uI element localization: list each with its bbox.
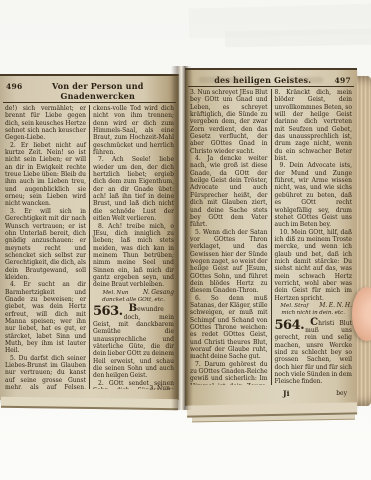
text-column: 8. Kränckt dich, mein blöder Geist, dein… xyxy=(272,89,356,385)
paragraph: 8. Ach! treibe mich, o JEsu, dich innigl… xyxy=(93,223,174,289)
paragraph: 7. Darum gehörest du zu GOttes Gnaden-Re… xyxy=(190,361,268,385)
paragraph: 5. Du darfst dich seiner Liebes-Brunst i… xyxy=(5,355,86,389)
background-paper-edge xyxy=(225,29,371,48)
paragraph: ckens-volle Tod wird dich nicht von ihm … xyxy=(93,105,174,156)
attribution: N. Gesang xyxy=(138,289,174,296)
drop-initial: B xyxy=(129,303,137,314)
left-running-title: Von der Person und Gnadenwercken xyxy=(23,81,173,101)
left-page-header: 496 Von der Person und Gnadenwercken xyxy=(3,76,176,103)
paragraph: de!) sich vermählet; er brennt für Liebe… xyxy=(5,105,86,142)
right-page-number: 497 xyxy=(334,76,351,85)
paragraph: 9. Dein Advocate ists, der Mund und Zung… xyxy=(275,162,353,228)
paragraph: 4. Ja dencke weiter nach, wie groß ist d… xyxy=(190,155,268,228)
right-page-columns: 3. Nun schreyet JEsu Blut bey GOtt um Gn… xyxy=(185,87,357,385)
book-gutter-shadow xyxy=(171,66,192,410)
paragraph: 10. Mein GOtt, hilf, daß ich diß zu mein… xyxy=(275,229,353,302)
paragraph: 6. So denn muß Satanas, der Kläger, stil… xyxy=(190,295,268,361)
paragraph: 3. Er will sich in Gerechtigkeit mit dir… xyxy=(5,208,86,281)
left-page: 496 Von der Person und Gnadenwercken de!… xyxy=(0,74,179,400)
paragraph: 5. Wenn dich der Satan vor GOttes Thron … xyxy=(190,229,268,295)
ink-bleed xyxy=(199,77,243,83)
text-column: de!) sich vermählet; er brennt für Liebe… xyxy=(2,105,90,389)
paragraph: 7. Ach Seele! liebe wieder um den, der d… xyxy=(93,156,174,222)
book-fore-edge xyxy=(357,76,371,406)
left-page-number: 496 xyxy=(6,82,23,91)
paragraph: 2. Er liebet nicht auf kurtze Zeit. Nein… xyxy=(5,142,86,208)
attribution: M. E. N. H. xyxy=(314,302,352,309)
paragraph: 563.Bewundre doch, mein Geist, mit danck… xyxy=(93,305,174,379)
right-page: des heiligen Geistes. 497 3. Nun schreye… xyxy=(185,68,357,406)
photo-of-open-book: 496 Von der Person und Gnadenwercken de!… xyxy=(0,0,371,480)
hymn-number: 564. xyxy=(275,320,305,331)
signature-mark: Ji xyxy=(283,389,289,398)
text-column: 3. Nun schreyet JEsu Blut bey GOtt um Gn… xyxy=(187,89,272,385)
paragraph: 3. Nun schreyet JEsu Blut bey GOtt um Gn… xyxy=(190,89,268,155)
left-page-columns: de!) sich vermählet; er brennt für Liebe… xyxy=(0,103,179,389)
text-column: ckens-volle Tod wird dich nicht von ihm … xyxy=(90,105,177,389)
catchword: bey xyxy=(336,390,347,397)
ink-bleed xyxy=(287,77,323,83)
open-book: 496 Von der Person und Gnadenwercken de!… xyxy=(0,66,371,418)
drop-initial: C xyxy=(310,317,318,328)
hymn-number: 563. xyxy=(93,306,123,317)
paragraph: 564.Christi Blut muß uns gerecht, rein u… xyxy=(275,319,353,385)
paragraph: 8. Kränckt dich, mein blöder Geist, dein… xyxy=(275,89,353,162)
catchword: 3. Nun xyxy=(149,385,170,392)
left-page-bottom-edge xyxy=(1,397,178,410)
paragraph: 4. Er sucht an dir Barmhertzigkeit und G… xyxy=(5,281,86,354)
